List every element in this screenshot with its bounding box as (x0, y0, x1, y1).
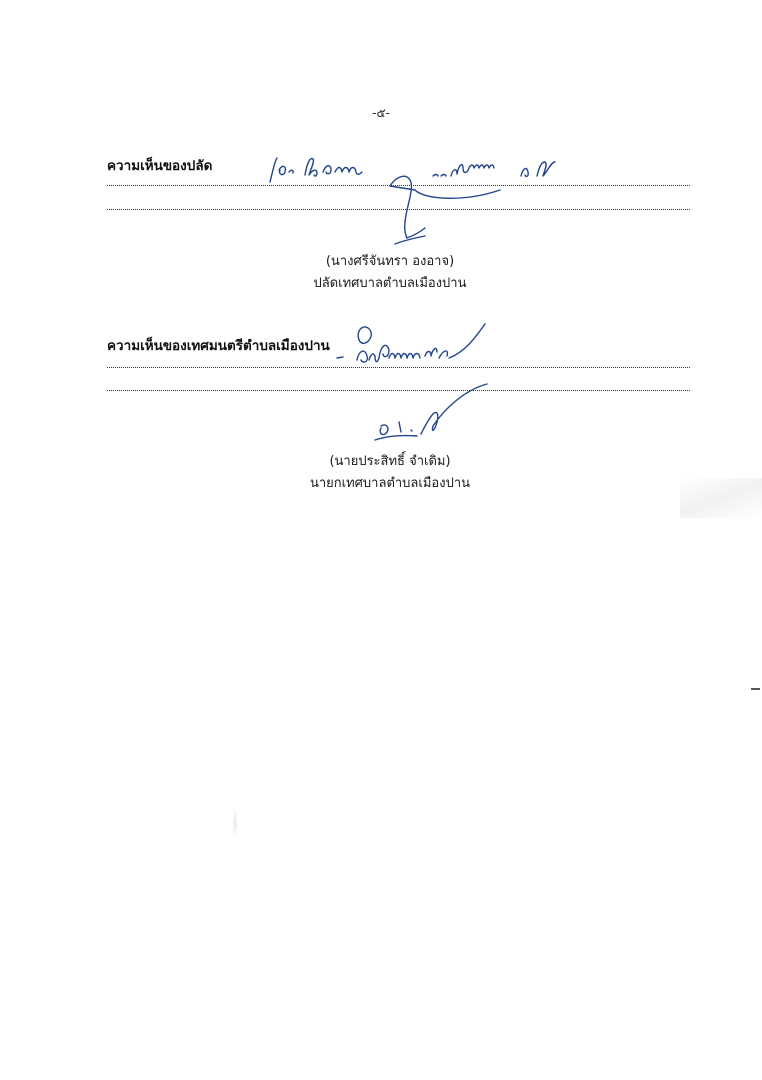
mayor-signer-position: นายกเทศบาลตำบลเมืองปาน (240, 472, 540, 493)
mayor-signer-name: (นายประสิทธิ์ จำเดิม) (240, 450, 540, 471)
mayor-opinion-label: ความเห็นของเทศมนตรีตำบลเมืองปาน (107, 334, 330, 356)
scan-fold-artifact (233, 808, 237, 838)
clerk-opinion-label: ความเห็นของปลัด (107, 154, 212, 176)
scan-shadow-artifact (680, 478, 762, 518)
clerk-signer-name: (นางศรีจันทรา องอาจ) (240, 250, 540, 271)
page-number: -๕- (0, 104, 762, 123)
clerk-handwritten-note-signature: เพื่อโปรดทราบ และพิจารณาต่อไป (265, 150, 595, 250)
clerk-signer-position: ปลัดเทศบาลตำบลเมืองปาน (240, 272, 540, 293)
mayor-handwritten-note-signature: - ทราบ/เห็นควรอนุมัติ (325, 318, 505, 448)
scan-mark-artifact (751, 688, 760, 690)
